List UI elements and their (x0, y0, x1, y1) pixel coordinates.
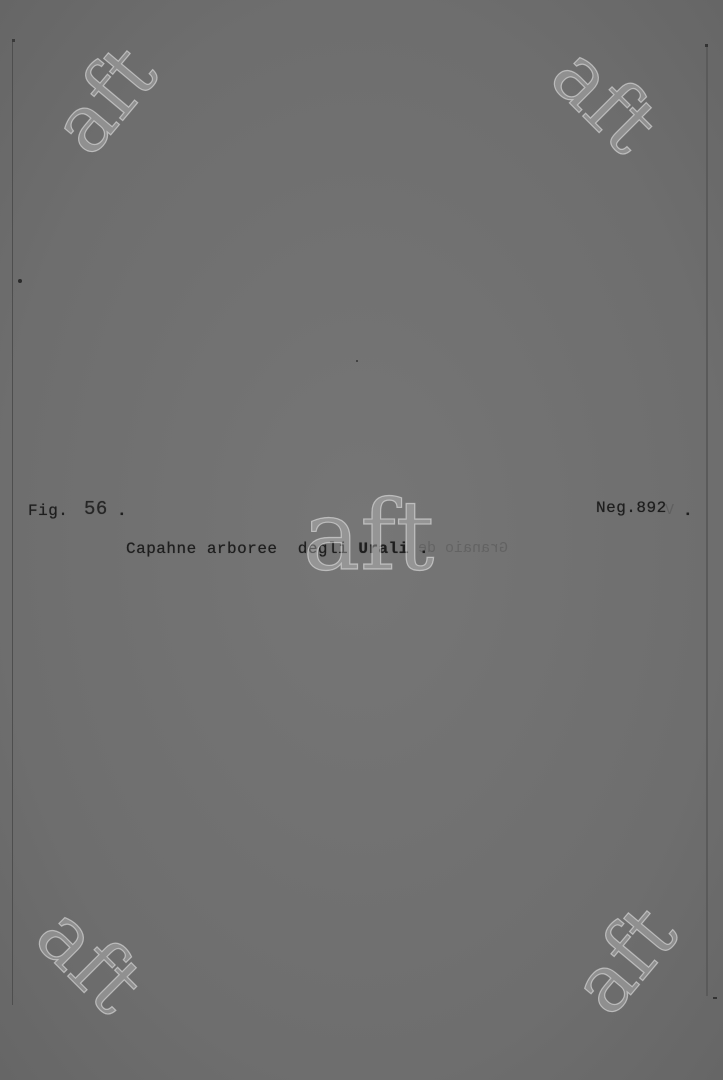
paper-speck (356, 360, 358, 362)
card-right-edge (706, 46, 708, 996)
card-corner-mark (12, 39, 15, 42)
negative-number: Neg.892 (596, 499, 667, 517)
card-corner-mark (705, 44, 708, 47)
card-corner-mark (713, 997, 717, 999)
figure-suffix: . (117, 502, 127, 520)
figure-number: 56 (84, 498, 108, 520)
watermark-center: aft (303, 488, 434, 584)
paper-speck (18, 279, 22, 283)
figure-label: Fig. (28, 502, 68, 520)
negative-suffix: . (683, 502, 693, 520)
card-left-edge (12, 40, 13, 1005)
